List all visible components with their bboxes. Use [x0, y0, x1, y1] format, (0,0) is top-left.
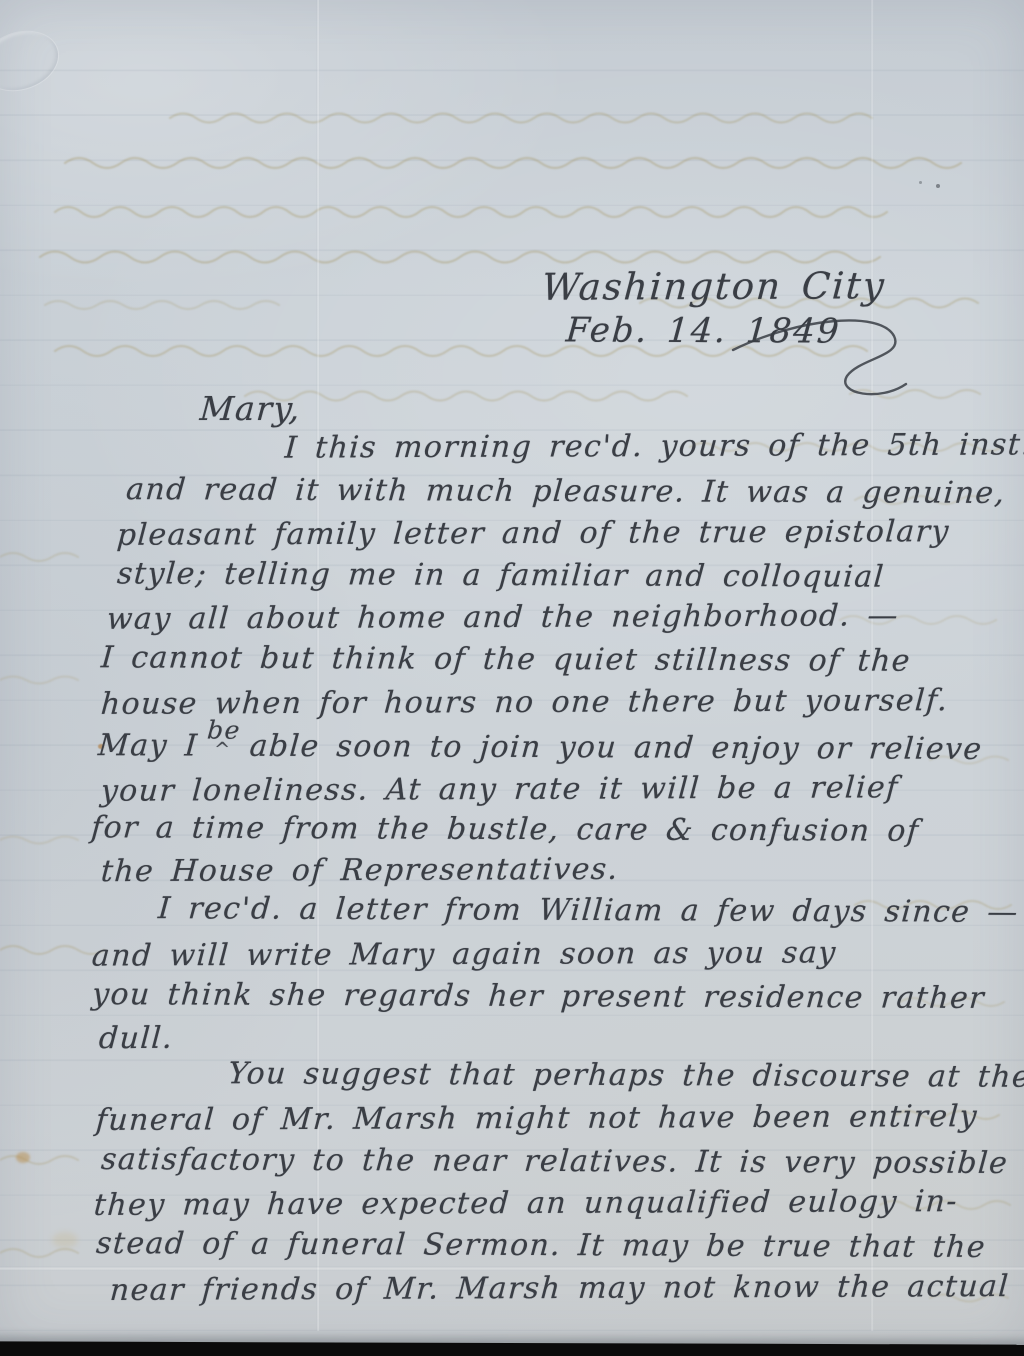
letter-line: they may have expected an unqualified eu…	[93, 1187, 959, 1221]
line-text-after: able soon to join you and enjoy or relie…	[248, 729, 983, 767]
letter-line: I cannot but think of the quiet stillnes…	[100, 643, 912, 677]
letter-line: near friends of Mr. Marsh may not know t…	[109, 1272, 1010, 1306]
letter-line: way all about home and the neighborhood.…	[106, 601, 900, 634]
line-text-before: May I	[97, 728, 200, 763]
letter-line: for a time from the bustle, care & confu…	[90, 813, 920, 847]
paper-stain	[52, 1232, 78, 1248]
letter-line: satisfactory to the near relatives. It i…	[100, 1145, 1009, 1179]
ink-speck	[919, 181, 922, 184]
caret-mark: ^	[213, 741, 232, 760]
ink-speck	[936, 184, 940, 188]
inserted-word: be^	[206, 718, 241, 743]
letter-line: style; telling me in a familiar and coll…	[116, 559, 886, 592]
letter-line: the House of Representatives.	[100, 855, 620, 887]
letter-line: and will write Mary again soon as you sa…	[91, 938, 838, 971]
letter-line: and read it with much pleasure. It was a…	[125, 475, 1007, 509]
letter-line: You suggest that perhaps the discourse a…	[227, 1059, 1024, 1093]
letter-line: stead of a funeral Sermon. It may be tru…	[95, 1229, 987, 1263]
letter-line: you think she regards her present reside…	[91, 980, 986, 1014]
rust-spot	[16, 1152, 30, 1163]
letter-line: I this morning rec'd. yours of the 5th i…	[284, 430, 1024, 463]
letter-line: dull.	[98, 1024, 174, 1054]
scanned-letter-page: Washington City Feb. 14. 1849 Mary, I th…	[0, 0, 1024, 1356]
letter-line: funeral of Mr. Marsh might not have been…	[95, 1102, 979, 1136]
scanner-bed-edge	[0, 1341, 1024, 1356]
letter-line-with-insertion: May Ibe^able soon to join you and enjoy …	[97, 731, 984, 765]
letter-paper: Washington City Feb. 14. 1849 Mary, I th…	[0, 0, 1024, 1345]
letter-line: pleasant family letter and of the true e…	[116, 517, 951, 551]
salutation: Mary,	[199, 392, 302, 425]
pen-flourish	[728, 300, 928, 410]
letter-line: your loneliness. At any rate it will be …	[100, 773, 900, 806]
letter-line: I rec'd. a letter from William a few day…	[157, 894, 1020, 928]
